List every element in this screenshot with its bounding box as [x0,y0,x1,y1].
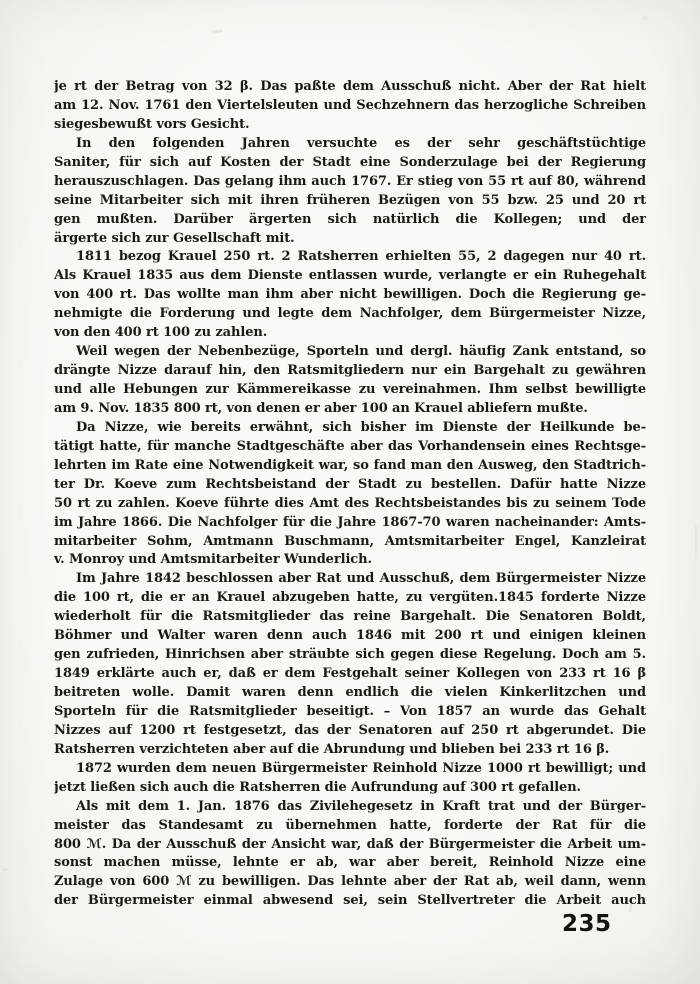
scanned-book-page: je rt der Betrag von 32 β. Das paßte dem… [0,0,700,984]
text-line: von 400 rt. Das wollte man ihm aber nich… [54,286,646,305]
text-line: herauszuschlagen. Das gelang ihm auch 17… [54,173,646,192]
text-line: Böhmer und Walter waren denn auch 1846 m… [54,627,646,646]
scan-artifact [2,868,8,871]
text-line: je rt der Betrag von 32 β. Das paßte dem… [54,78,646,97]
text-line: nehmigte die Forderung und legte dem Nac… [54,305,646,324]
text-line: drängte Nizze darauf hin, den Ratsmitgli… [54,362,646,381]
scan-artifact [695,525,697,559]
text-line: am 9. Nov. 1835 800 rt, von denen er abe… [54,400,646,419]
text-line: sonst machen müsse, lehnte er ab, war ab… [54,854,646,873]
text-line: Als Krauel 1835 aus dem Dienste entlasse… [54,267,646,286]
text-line: Ratsherren verzichteten aber auf die Abr… [54,741,646,760]
text-line: die 100 rt, die er an Krauel abzugeben h… [54,589,646,608]
scan-artifact [212,29,223,34]
text-line: Zulage von 600 ℳ zu bewilligen. Das lehn… [54,873,646,892]
text-line: gen zufrieden, Hinrichsen aber sträubte … [54,646,646,665]
text-line: und alle Hebungen zur Kämmereikasse zu v… [54,381,646,400]
text-line: Saniter, für sich auf Kosten der Stadt e… [54,154,646,173]
text-line: 1811 bezog Krauel 250 rt. 2 Ratsherren e… [54,248,646,267]
text-line: Im Jahre 1842 beschlossen aber Rat und A… [54,570,646,589]
page-text-block: je rt der Betrag von 32 β. Das paßte dem… [54,78,646,911]
text-line: im Jahre 1866. Die Nachfolger für die Ja… [54,514,646,533]
text-line: Nizzes auf 1200 rt festgesetzt, das der … [54,722,646,741]
text-line: mitarbeiter Sohm, Amtmann Buschmann, Amt… [54,533,646,552]
text-line: meister das Standesamt zu übernehmen hat… [54,817,646,836]
text-line: 800 ℳ. Da der Ausschuß der Ansicht war, … [54,836,646,855]
text-line: 1872 wurden dem neuen Bürgermeister Rein… [54,760,646,779]
text-line: ärgerte sich zur Gesellschaft mit. [54,230,646,249]
text-line: tätigt hatte, für manche Stadtgeschäfte … [54,438,646,457]
text-line: von den 400 rt 100 zu zahlen. [54,324,646,343]
text-line: der Bürgermeister einmal abwesend sei, s… [54,892,646,911]
scan-artifact [642,16,647,20]
text-line: 50 rt zu zahlen. Koeve führte dies Amt d… [54,495,646,514]
text-line: v. Monroy und Amtsmitarbeiter Wunderlich… [54,551,646,570]
page-number: 235 [562,911,610,937]
text-line: ter Dr. Koeve zum Rechtsbeistand der Sta… [54,476,646,495]
text-line: In den folgenden Jahren versuchte es der… [54,135,646,154]
text-line: siegesbewußt vors Gesicht. [54,116,646,135]
text-line: gen mußten. Darüber ärgerten sich natürl… [54,211,646,230]
text-line: lehrten im Rate eine Notwendigkeit war, … [54,457,646,476]
text-line: Sporteln für die Ratsmitglieder beseitig… [54,703,646,722]
text-line: Weil wegen der Nebenbezüge, Sporteln und… [54,343,646,362]
text-line: wiederholt für die Ratsmitglieder das re… [54,608,646,627]
text-line: Als mit dem 1. Jan. 1876 das Zivileheges… [54,798,646,817]
text-line: seine Mitarbeiter sich mit ihren frühere… [54,192,646,211]
text-line: jetzt ließen sich auch die Ratsherren di… [54,779,646,798]
text-line: am 12. Nov. 1761 den Viertelsleuten und … [54,97,646,116]
text-line: beitreten wolle. Damit waren denn endlic… [54,684,646,703]
text-line: 1849 erklärte auch er, daß er dem Festge… [54,665,646,684]
text-line: Da Nizze, wie bereits erwähnt, sich bish… [54,419,646,438]
